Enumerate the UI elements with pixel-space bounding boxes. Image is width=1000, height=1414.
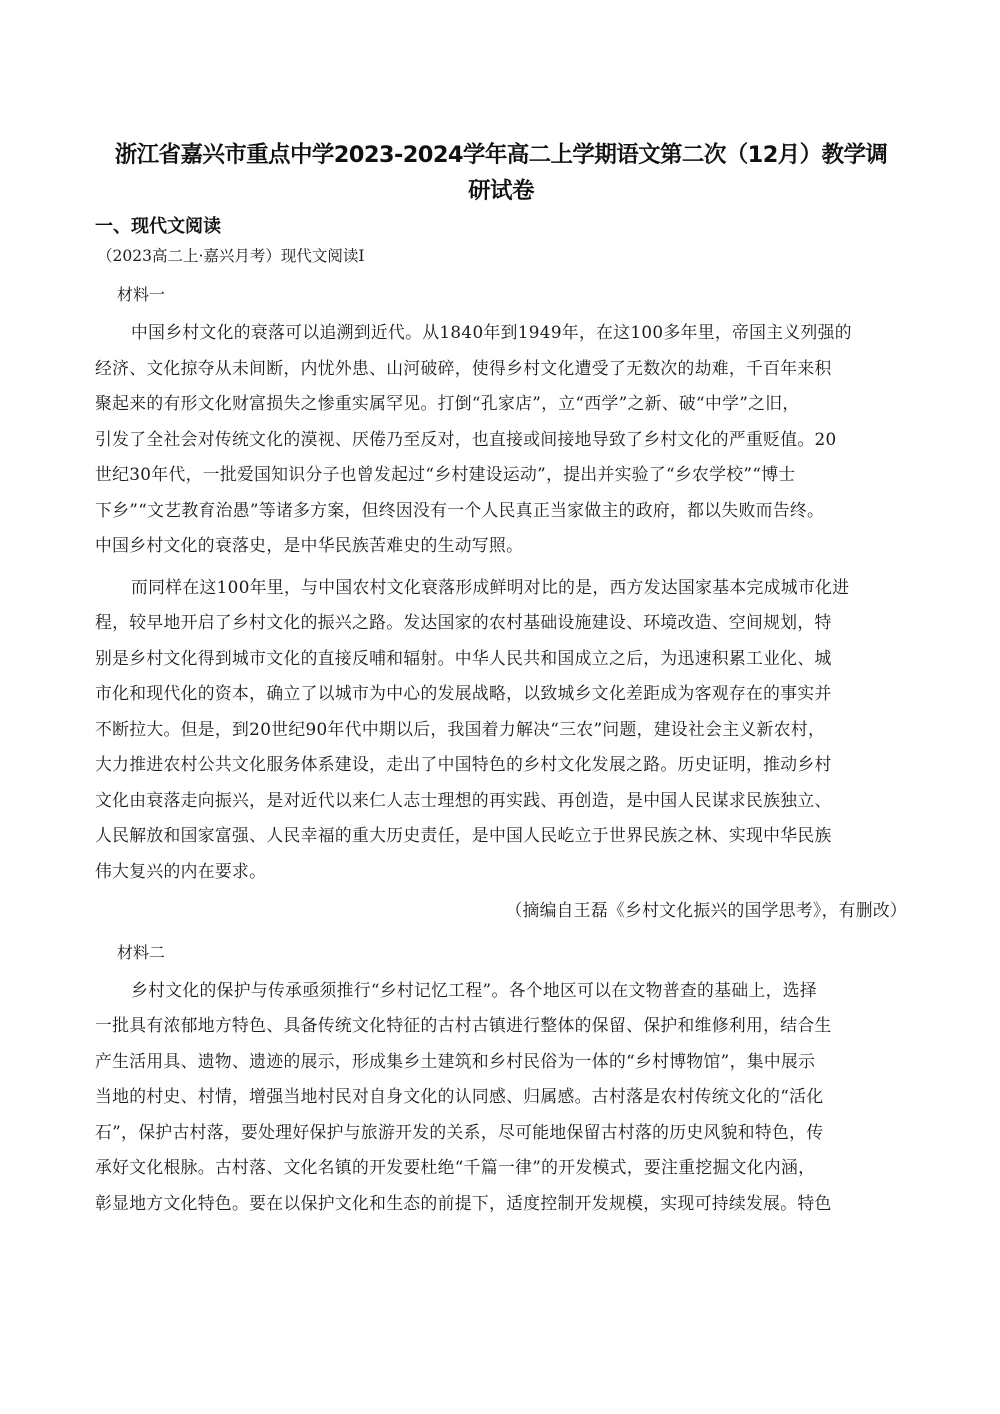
text-line: 产生活用具、遗物、遗迹的展示，形成集乡土建筑和乡村民俗为一体的“乡村博物馆”，集… (95, 1044, 907, 1080)
title-line-2: 研试卷 (95, 173, 907, 209)
text-line: 大力推进农村公共文化服务体系建设，走出了中国特色的乡村文化发展之路。历史证明，推… (95, 747, 907, 783)
text-line: 人民解放和国家富强、人民幸福的重大历史责任，是中国人民屹立于世界民族之林、实现中… (95, 818, 907, 854)
text-line: 市化和现代化的资本，确立了以城市为中心的发展战略，以致城乡文化差距成为客观存在的… (95, 676, 907, 712)
material-1-paragraph-2: 而同样在这100年里，与中国农村文化衰落形成鲜明对比的是，西方发达国家基本完成城… (95, 570, 907, 890)
material-1-label: 材料一 (117, 279, 907, 311)
document-title: 浙江省嘉兴市重点中学2023-2024学年高二上学期语文第二次（12月）教学调 … (95, 0, 907, 209)
text-line: 不断拉大。但是，到20世纪90年代中期以后，我国着力解决“三农”问题，建设社会主… (95, 712, 907, 748)
text-line: 世纪30年代，一批爱国知识分子也曾发起过“乡村建设运动”，提出并实验了“乡农学校… (95, 457, 907, 493)
material-1-citation: （摘编自王磊《乡村文化振兴的国学思考》，有删改） (95, 893, 907, 929)
text-line: 下乡”“文艺教育治愚”等诸多方案，但终因没有一个人民真正当家做主的政府，都以失败… (95, 493, 907, 529)
material-2-label: 材料二 (117, 937, 907, 969)
question-source: （2023高二上·嘉兴月考）现代文阅读Ⅰ (97, 241, 907, 271)
text-line: 伟大复兴的内在要求。 (95, 854, 907, 890)
text-line: 引发了全社会对传统文化的漠视、厌倦乃至反对，也直接或间接地导致了乡村文化的严重贬… (95, 422, 907, 458)
section-heading: 一、现代文阅读 (95, 213, 907, 241)
text-line: 聚起来的有形文化财富损失之惨重实属罕见。打倒“孔家店”，立“西学”之新、破“中学… (95, 386, 907, 422)
material-1-paragraph-1: 中国乡村文化的衰落可以追溯到近代。从1840年到1949年，在这100多年里，帝… (95, 315, 907, 564)
document-page: 浙江省嘉兴市重点中学2023-2024学年高二上学期语文第二次（12月）教学调 … (95, 0, 907, 1221)
text-line: 乡村文化的保护与传承亟须推行“乡村记忆工程”。各个地区可以在文物普查的基础上，选… (95, 973, 907, 1009)
text-line: 程，较早地开启了乡村文化的振兴之路。发达国家的农村基础设施建设、环境改造、空间规… (95, 605, 907, 641)
text-line: 而同样在这100年里，与中国农村文化衰落形成鲜明对比的是，西方发达国家基本完成城… (95, 570, 907, 606)
text-line: 一批具有浓郁地方特色、具备传统文化特征的古村古镇进行整体的保留、保护和维修利用，… (95, 1008, 907, 1044)
text-line: 石”，保护古村落，要处理好保护与旅游开发的关系，尽可能地保留古村落的历史风貌和特… (95, 1115, 907, 1151)
text-line: 经济、文化掠夺从未间断，内忧外患、山河破碎，使得乡村文化遭受了无数次的劫难，千百… (95, 351, 907, 387)
text-line: 中国乡村文化的衰落可以追溯到近代。从1840年到1949年，在这100多年里，帝… (95, 315, 907, 351)
text-line: 承好文化根脉。古村落、文化名镇的开发要杜绝“千篇一律”的开发模式，要注重挖掘文化… (95, 1150, 907, 1186)
text-line: 文化由衰落走向振兴，是对近代以来仁人志士理想的再实践、再创造，是中国人民谋求民族… (95, 783, 907, 819)
text-line: 当地的村史、村情，增强当地村民对自身文化的认同感、归属感。古村落是农村传统文化的… (95, 1079, 907, 1115)
text-line: 中国乡村文化的衰落史，是中华民族苦难史的生动写照。 (95, 528, 907, 564)
title-line-1: 浙江省嘉兴市重点中学2023-2024学年高二上学期语文第二次（12月）教学调 (95, 137, 907, 173)
text-line: 彰显地方文化特色。要在以保护文化和生态的前提下，适度控制开发规模，实现可持续发展… (95, 1186, 907, 1222)
text-line: 别是乡村文化得到城市文化的直接反哺和辐射。中华人民共和国成立之后，为迅速积累工业… (95, 641, 907, 677)
material-2-paragraph-1: 乡村文化的保护与传承亟须推行“乡村记忆工程”。各个地区可以在文物普查的基础上，选… (95, 973, 907, 1222)
